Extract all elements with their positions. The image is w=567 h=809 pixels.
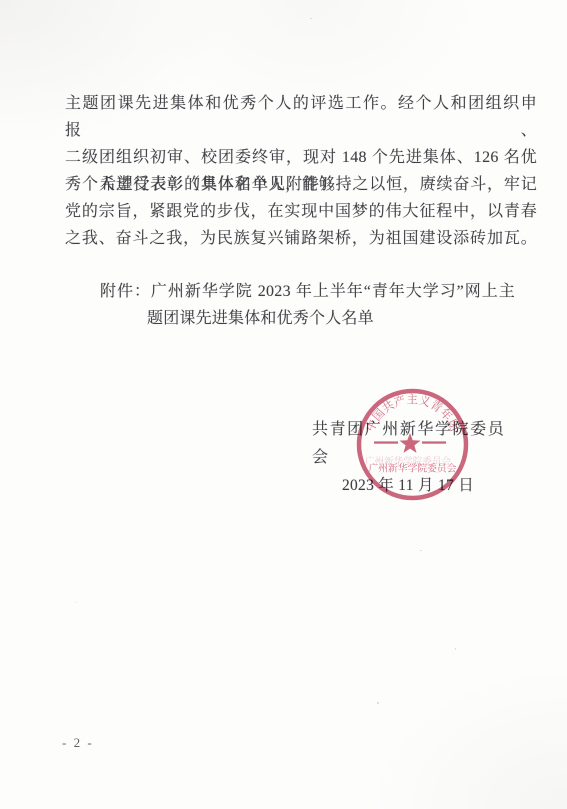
seal-arc-text: 中国共产主义青年团 — [362, 392, 462, 434]
text-line: 党的宗旨，紧跟党的步伐，在实现中国梦的伟大征程中，以青春 — [65, 198, 537, 225]
red-star-icon — [400, 433, 421, 453]
seal-inner-text: 广州新华学院委员会 — [369, 463, 457, 475]
scan-speck — [310, 18, 312, 19]
scan-speck — [455, 648, 456, 650]
paragraph-2: 希望受表彰的集体和个人，能够持之以恒，赓续奋斗，牢记 党的宗旨，紧跟党的步伐，在… — [65, 171, 537, 252]
seal-left-dash — [374, 441, 398, 443]
page-number: - 2 - — [62, 735, 94, 751]
text-line: 之我、奋斗之我，为民族复兴铺路架桥，为祖国建设添砖加瓦。 — [65, 225, 537, 252]
text-line: 主题团课先进集体和优秀个人的评选工作。经个人和团组织申报、 — [65, 90, 537, 144]
official-seal: 中国共产主义青年团 广州新华学院委员会 广州新华学院委员会 — [354, 386, 471, 504]
scan-speck — [377, 702, 379, 704]
attachment-line: 题团课先进集体和优秀个人名单 — [147, 305, 515, 332]
scanned-document-page: 主题团课先进集体和优秀个人的评选工作。经个人和团组织申报、 二级团组织初审、校团… — [0, 0, 567, 809]
scan-speck — [420, 550, 422, 551]
seal-right-dash — [422, 441, 446, 443]
attachment-block: 附件：广州新华学院 2023 年上半年“青年大学习”网上主 题团课先进集体和优秀… — [100, 278, 515, 332]
text-line: 希望受表彰的集体和个人，能够持之以恒，赓续奋斗，牢记 — [65, 171, 537, 198]
text-line: 二级团组织初审、校团委终审，现对 148 个先进集体、126 名优 — [65, 144, 537, 171]
attachment-line: 附件：广州新华学院 2023 年上半年“青年大学习”网上主 — [100, 278, 515, 305]
scan-speck — [76, 602, 77, 603]
